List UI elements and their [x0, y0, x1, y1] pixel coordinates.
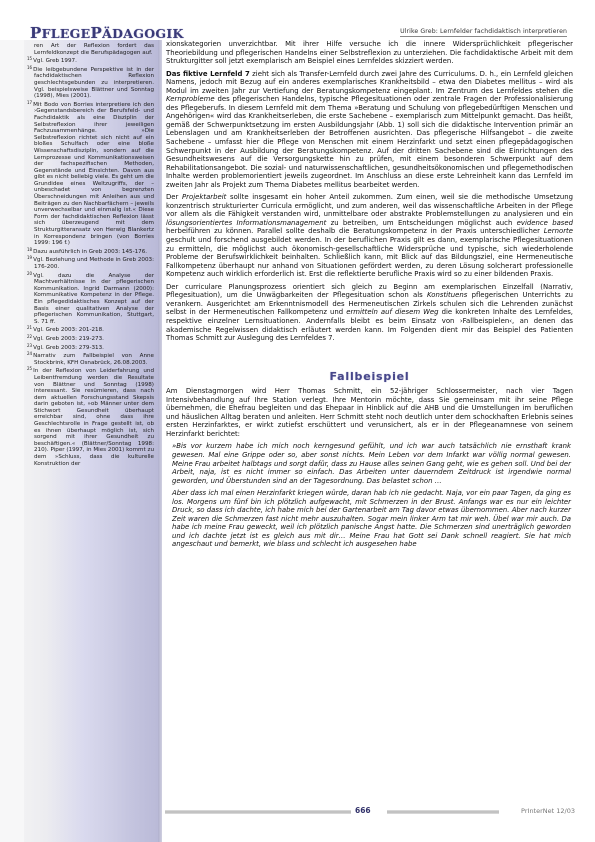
footnote: 20Vgl. dazu die Analyse der Machtverhält…	[34, 271, 154, 326]
paragraph-text: geschult und forschend ausgebildet werde…	[166, 236, 573, 278]
section-heading: Fallbeispiel	[166, 373, 573, 382]
footnote-number: 23	[27, 343, 32, 348]
masthead-part-1: FLEGE	[42, 26, 91, 41]
paragraph-text: zu betreiben, um Entscheidungen möglichs…	[326, 219, 516, 227]
emphasis: Kernprobleme	[166, 95, 215, 103]
footnote-text: Vgl. Greb 1997.	[33, 58, 77, 64]
paragraph-text: Der	[166, 193, 182, 201]
footnote: 21Vgl. Greb 2003: 201-218.	[34, 325, 154, 334]
sidebar-margin-strip	[0, 40, 24, 842]
paragraph-text: herbeiführen zu können. Parallel sollte …	[166, 227, 544, 235]
emphasis: evidence based	[517, 219, 573, 227]
footnote: 17Mit Bodo von Borries interpretiere ich…	[34, 100, 154, 247]
paragraph: Der curriculare Planungsprozess orientie…	[166, 283, 573, 343]
footnote-text: Mit Bodo von Borries interpretiere ich d…	[33, 102, 154, 246]
footnote-number: 20	[27, 271, 32, 276]
issue-label: PrInterNet 12/03	[521, 807, 575, 815]
footnote-text: Vgl. dazu die Analyse der Machtverhältni…	[33, 273, 154, 325]
paragraph: xionskategorien unverzichtbar. Mit ihrer…	[166, 40, 573, 66]
footer-rule-left	[165, 810, 351, 814]
paragraph-text: xionskategorien unverzichtbar. Mit ihrer…	[166, 40, 573, 65]
footnote-number: 25	[27, 366, 32, 371]
masthead-part-2: ÄDAGOGIK	[102, 26, 184, 41]
footnote: 15Vgl. Greb 1997.	[34, 56, 154, 65]
emphasis: Konstituens	[427, 291, 467, 299]
paragraph: Der Projektarbeit sollte insgesamt ein h…	[166, 193, 573, 278]
footnotes: ren Art der Reflexion fordert das Lernfe…	[34, 43, 154, 467]
block-quote: »Bis vor kurzem habe ich mich noch kerng…	[166, 442, 573, 485]
footnote-number: 15	[27, 56, 32, 61]
quote-text: Aber dass ich mal einen Herzinfarkt krie…	[172, 489, 571, 548]
footnote-number: 18	[27, 247, 32, 252]
footnote: 25In der Reflexion von Leiderfahrung und…	[34, 366, 154, 467]
block-quote: Aber dass ich mal einen Herzinfarkt krie…	[166, 489, 573, 549]
footnote-continuation: ren Art der Reflexion fordert das Lernfe…	[34, 43, 154, 56]
footnote-text: Dazu ausführlich in Greb 2003: 145-176.	[33, 249, 147, 255]
emphasis: ermitteln auf diesem Weg	[346, 308, 438, 316]
running-head: Ulrike Greb: Lernfelder fachdidaktisch i…	[400, 28, 567, 37]
footnote-number: 17	[27, 100, 32, 105]
footnote: 23Vgl. Greb 2003: 279-313.	[34, 343, 154, 352]
footnote-number: 21	[27, 325, 32, 330]
footnote-number: 19	[27, 255, 32, 260]
paragraph-lead: Das fiktive Lernfeld 7	[166, 70, 250, 78]
page-footer: 666 PrInterNet 12/03	[165, 806, 575, 818]
footnote-number: 24	[27, 351, 32, 356]
emphasis: Projektarbeit	[182, 193, 226, 201]
emphasis: lösungsorientiertes Informationsmanageme…	[166, 219, 326, 227]
paragraph: Am Dienstagmorgen wird Herr Thomas Schmi…	[166, 387, 573, 438]
emphasis: Lernorte	[544, 227, 573, 235]
footnote: 18Dazu ausführlich in Greb 2003: 145-176…	[34, 247, 154, 256]
footnote: 22Vgl. Greb 2003: 219-273.	[34, 334, 154, 343]
footnote-text: Narrativ zum Fallbeispiel von Anne Stock…	[33, 353, 154, 366]
quote-text: »Bis vor kurzem habe ich mich noch kerng…	[172, 442, 571, 484]
article-body: xionskategorien unverzichtbar. Mit ihrer…	[166, 40, 573, 553]
footnote: 19Vgl. Beziehung und Methode in Greb 200…	[34, 255, 154, 270]
footnote-text: In der Reflexion von Leiderfahrung und L…	[33, 368, 154, 466]
paragraph-text: des pflegerischen Handelns, typische Pfl…	[166, 95, 573, 188]
paragraph-text: sollte insgesamt ein hoher Anteil zukomm…	[166, 193, 573, 218]
footnote-text: Vgl. Greb 2003: 219-273.	[33, 336, 104, 342]
footnote-number: 22	[27, 334, 32, 339]
paragraph-text: Am Dienstagmorgen wird Herr Thomas Schmi…	[166, 387, 573, 438]
footnote-text: Die leibgebundene Perspektive ist in der…	[33, 67, 154, 99]
footnote-number: 16	[27, 65, 32, 70]
paragraph: Das fiktive Lernfeld 7 zieht sich als Tr…	[166, 70, 573, 190]
page-number: 666	[355, 806, 371, 815]
footnote-text: Vgl. Greb 2003: 201-218.	[33, 327, 104, 333]
footnote-text: ren Art der Reflexion fordert das Lernfe…	[34, 43, 154, 56]
footnote-text: Vgl. Beziehung und Methode in Greb 2003:…	[33, 257, 154, 270]
footnote-text: Vgl. Greb 2003: 279-313.	[33, 345, 104, 351]
footnote: 16Die leibgebundene Perspektive ist in d…	[34, 65, 154, 100]
footnote: 24Narrativ zum Fallbeispiel von Anne Sto…	[34, 351, 154, 366]
footer-rule-right	[387, 810, 499, 814]
